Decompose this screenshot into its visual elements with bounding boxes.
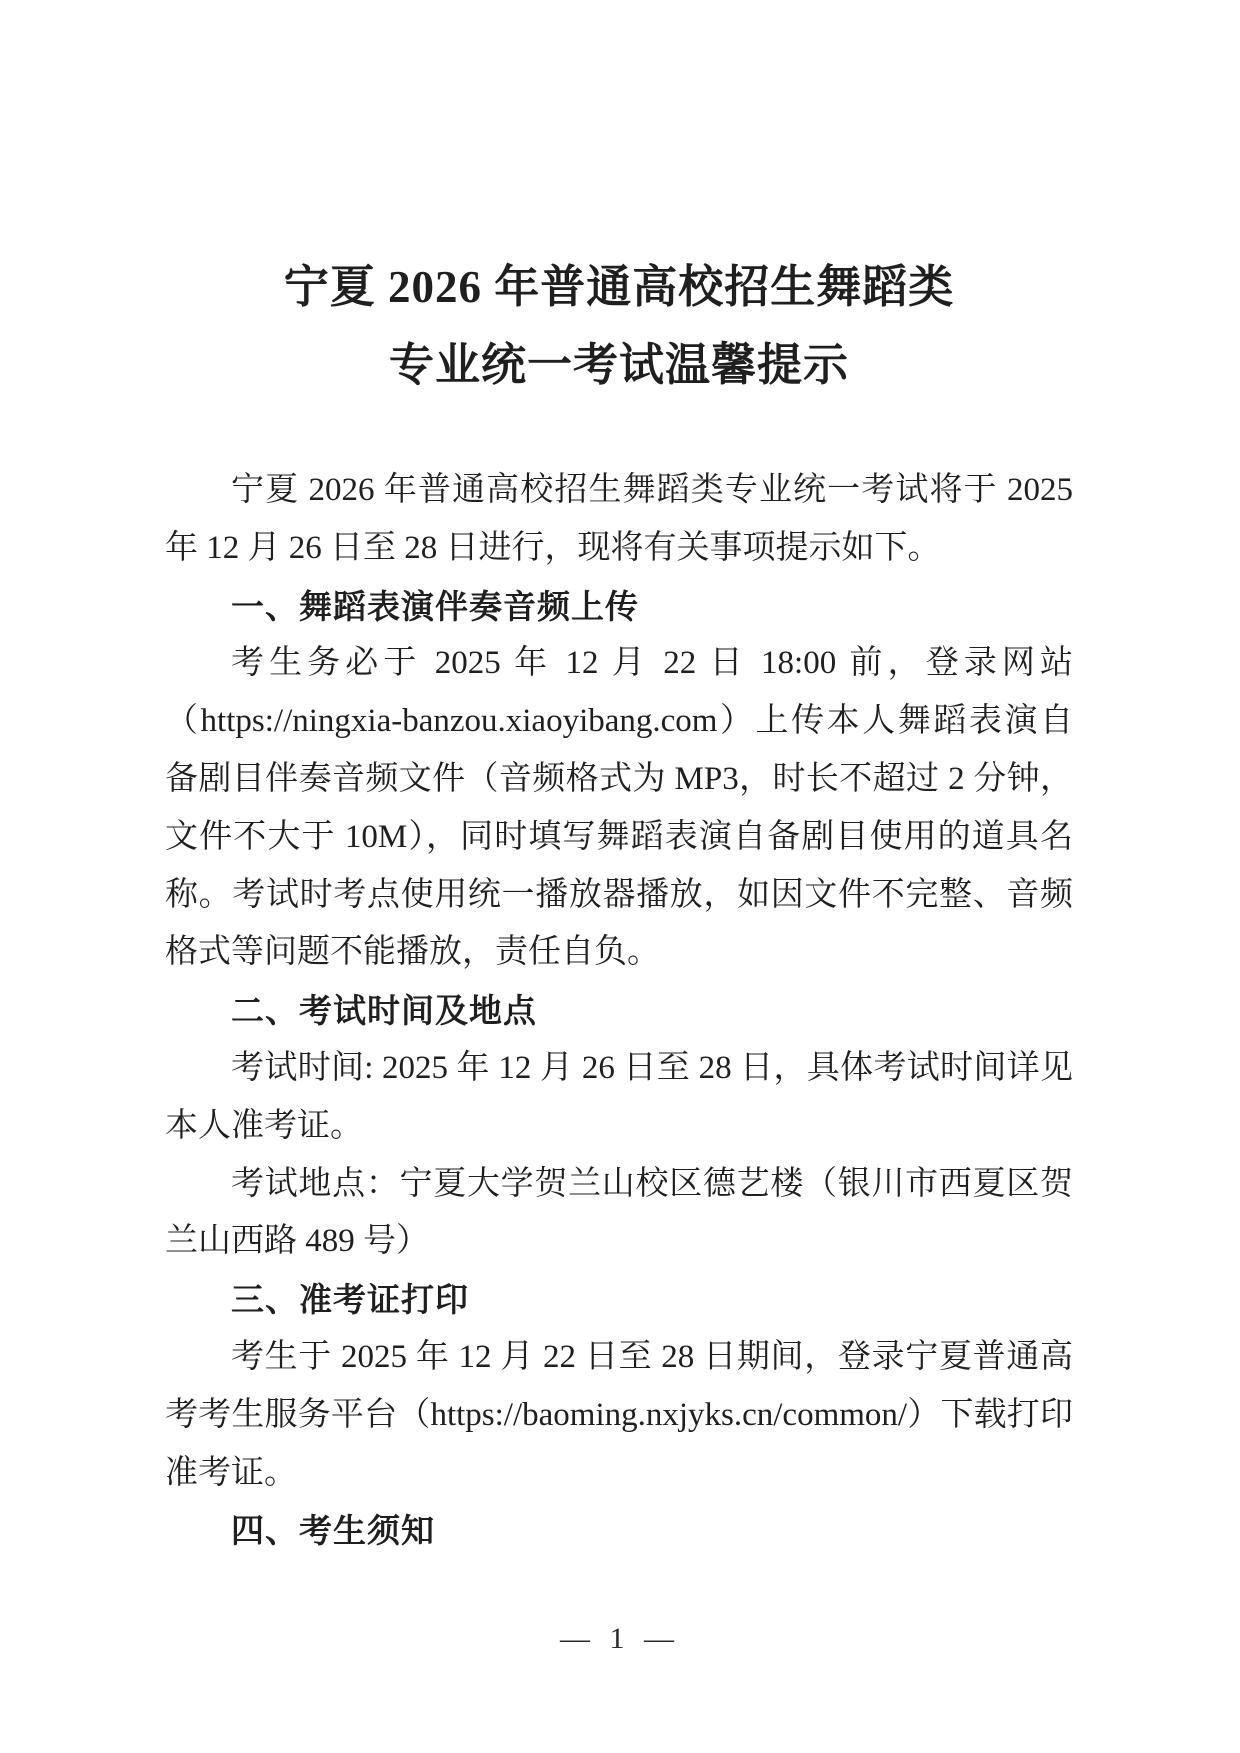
section-2-paragraph-1: 考试时间: 2025 年 12 月 26 日至 28 日，具体考试时间详见本人准… <box>165 1040 1073 1156</box>
document-body: 宁夏 2026 年普通高校招生舞蹈类专业统一考试将于 2025 年 12 月 2… <box>165 462 1073 1560</box>
section-2-paragraph-2: 考试地点：宁夏大学贺兰山校区德艺楼（银川市西夏区贺兰山西路 489 号） <box>165 1156 1073 1272</box>
section-2-heading: 二、考试时间及地点 <box>165 982 1073 1040</box>
document-title-line-1: 宁夏 2026 年普通高校招生舞蹈类 <box>165 248 1073 326</box>
section-1-paragraph-1: 考生务必于 2025 年 12 月 22 日 18:00 前，登录网站（http… <box>165 635 1073 982</box>
document-title-line-2: 专业统一考试温馨提示 <box>165 326 1073 404</box>
document-content: 宁夏 2026 年普通高校招生舞蹈类 专业统一考试温馨提示 宁夏 2026 年普… <box>165 0 1073 1560</box>
intro-paragraph: 宁夏 2026 年普通高校招生舞蹈类专业统一考试将于 2025 年 12 月 2… <box>165 462 1073 578</box>
section-3-heading: 三、准考证打印 <box>165 1271 1073 1329</box>
notice-page: 宁夏 2026 年普通高校招生舞蹈类 专业统一考试温馨提示 宁夏 2026 年普… <box>0 0 1240 1753</box>
page-number: — 1 — <box>0 1622 1240 1656</box>
section-4-heading: 四、考生须知 <box>165 1502 1073 1560</box>
section-1-heading: 一、舞蹈表演伴奏音频上传 <box>165 578 1073 636</box>
document-title: 宁夏 2026 年普通高校招生舞蹈类 专业统一考试温馨提示 <box>165 248 1073 404</box>
section-3-paragraph-1: 考生于 2025 年 12 月 22 日至 28 日期间，登录宁夏普通高考考生服… <box>165 1329 1073 1502</box>
